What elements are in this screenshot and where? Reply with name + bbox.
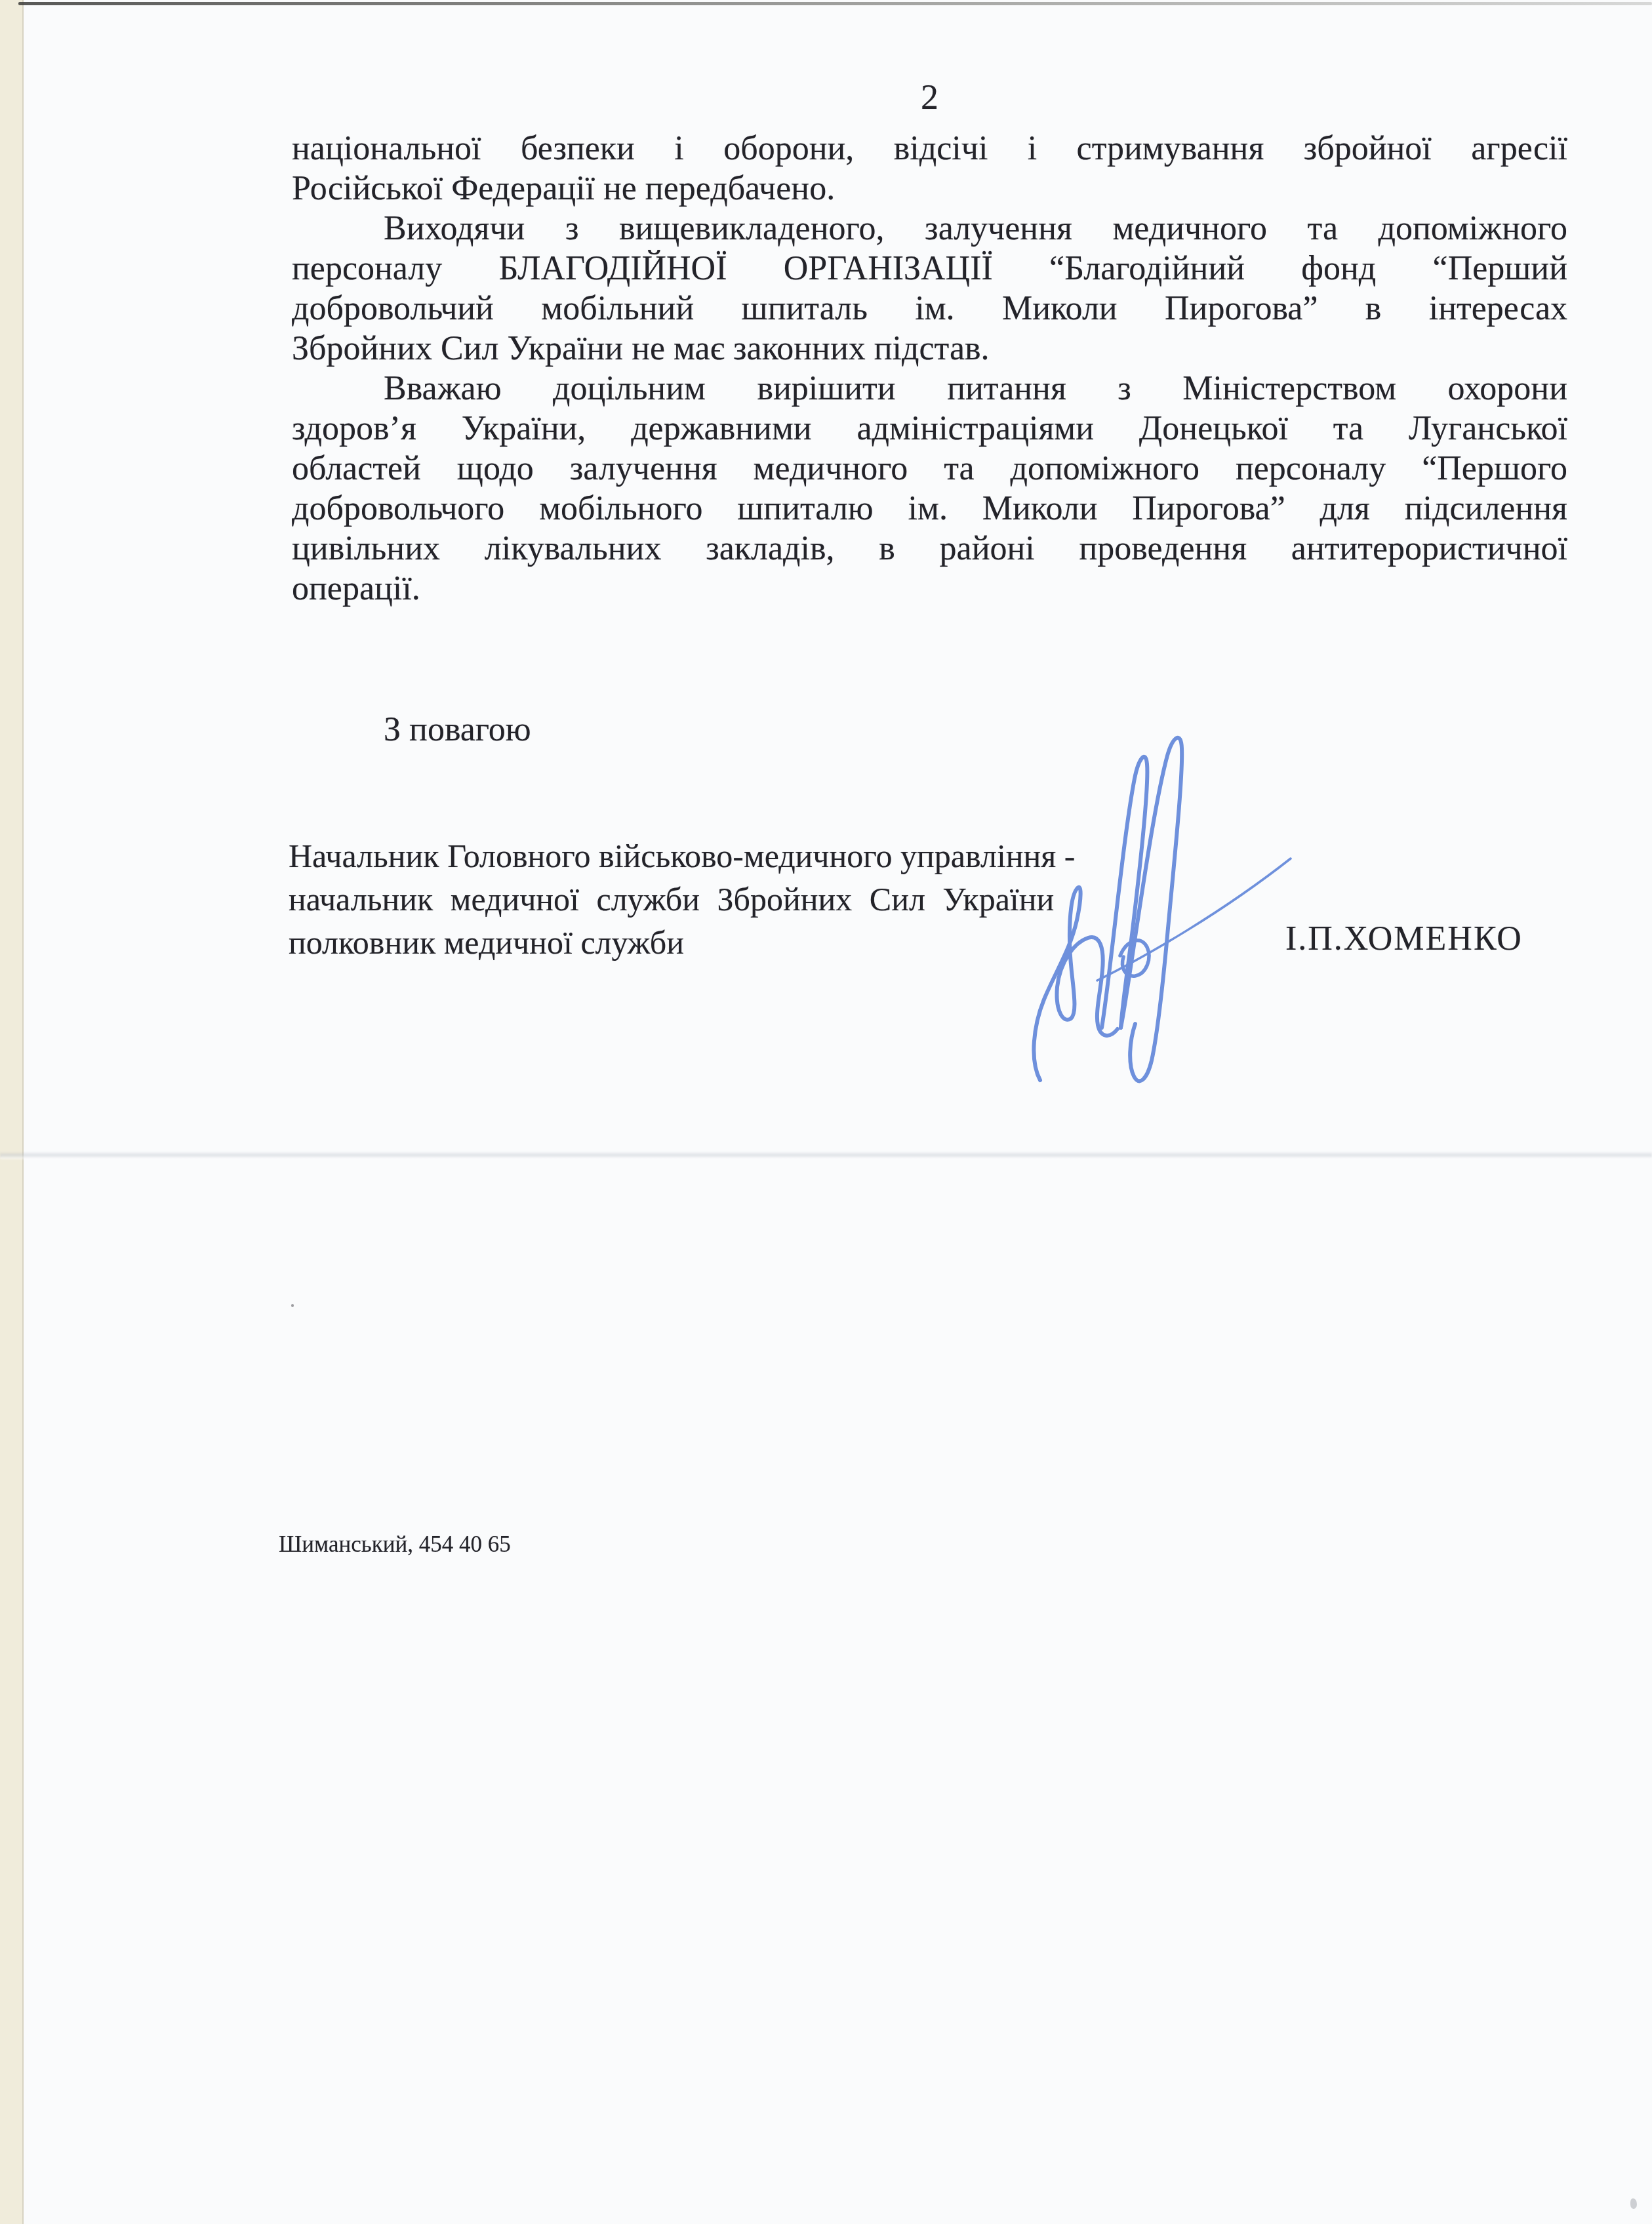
signer-title-line: начальник медичної служби Збройних Сил У… [289, 878, 1076, 921]
paragraph-line: Збройних Сил України не має законних під… [292, 329, 1567, 369]
letter-body: національної безпеки і оборони, відсічі … [292, 129, 1567, 609]
signer-name: І.П.ХОМЕНКО [1285, 920, 1523, 959]
paragraph-line: добровольчий мобільний шпиталь ім. Микол… [292, 289, 1567, 329]
paragraph-line: персоналу БЛАГОДІЙНОЇ ОРГАНІЗАЦІЇ “Благо… [292, 249, 1567, 289]
signer-title-line: Начальник Головного військово-медичного … [289, 834, 1076, 878]
paragraph-line: Виходячи з вищевикладеного, залучення ме… [292, 209, 1567, 249]
signature-title-block: Начальник Головного військово-медичного … [289, 834, 1076, 964]
signature-stroke [1097, 859, 1291, 981]
page-top-edge-shadow [18, 2, 1652, 5]
paragraph-line: Вважаю доцільним вирішити питання з Міні… [292, 369, 1567, 409]
signature-stroke [1102, 757, 1147, 1028]
paragraph-line: областей щодо залучення медичного та доп… [292, 449, 1567, 489]
scan-speck [1630, 2198, 1637, 2209]
scan-speck [291, 1304, 294, 1307]
paragraph-line: операції. [292, 569, 1567, 609]
signer-title-line: полковник медичної служби [289, 921, 1076, 964]
executor-reference: Шиманський, 454 40 65 [279, 1531, 511, 1558]
signature-stroke [1120, 940, 1149, 976]
paragraph-line: здоров’я України, державними адміністрац… [292, 409, 1567, 449]
paragraph-line: добровольчого мобільного шпиталю ім. Мик… [292, 489, 1567, 529]
paragraph-line: Російської Федерації не передбачено. [292, 169, 1567, 209]
paragraph-line: цивільних лікувальних закладів, в районі… [292, 529, 1567, 569]
closing-salutation: З повагою [384, 710, 531, 750]
fold-crease [0, 1152, 1652, 1160]
signature-stroke [1121, 738, 1182, 1082]
page-number: 2 [292, 77, 1567, 117]
paragraph-line: національної безпеки і оборони, відсічі … [292, 129, 1567, 169]
scanner-edge-strip [0, 0, 24, 2224]
